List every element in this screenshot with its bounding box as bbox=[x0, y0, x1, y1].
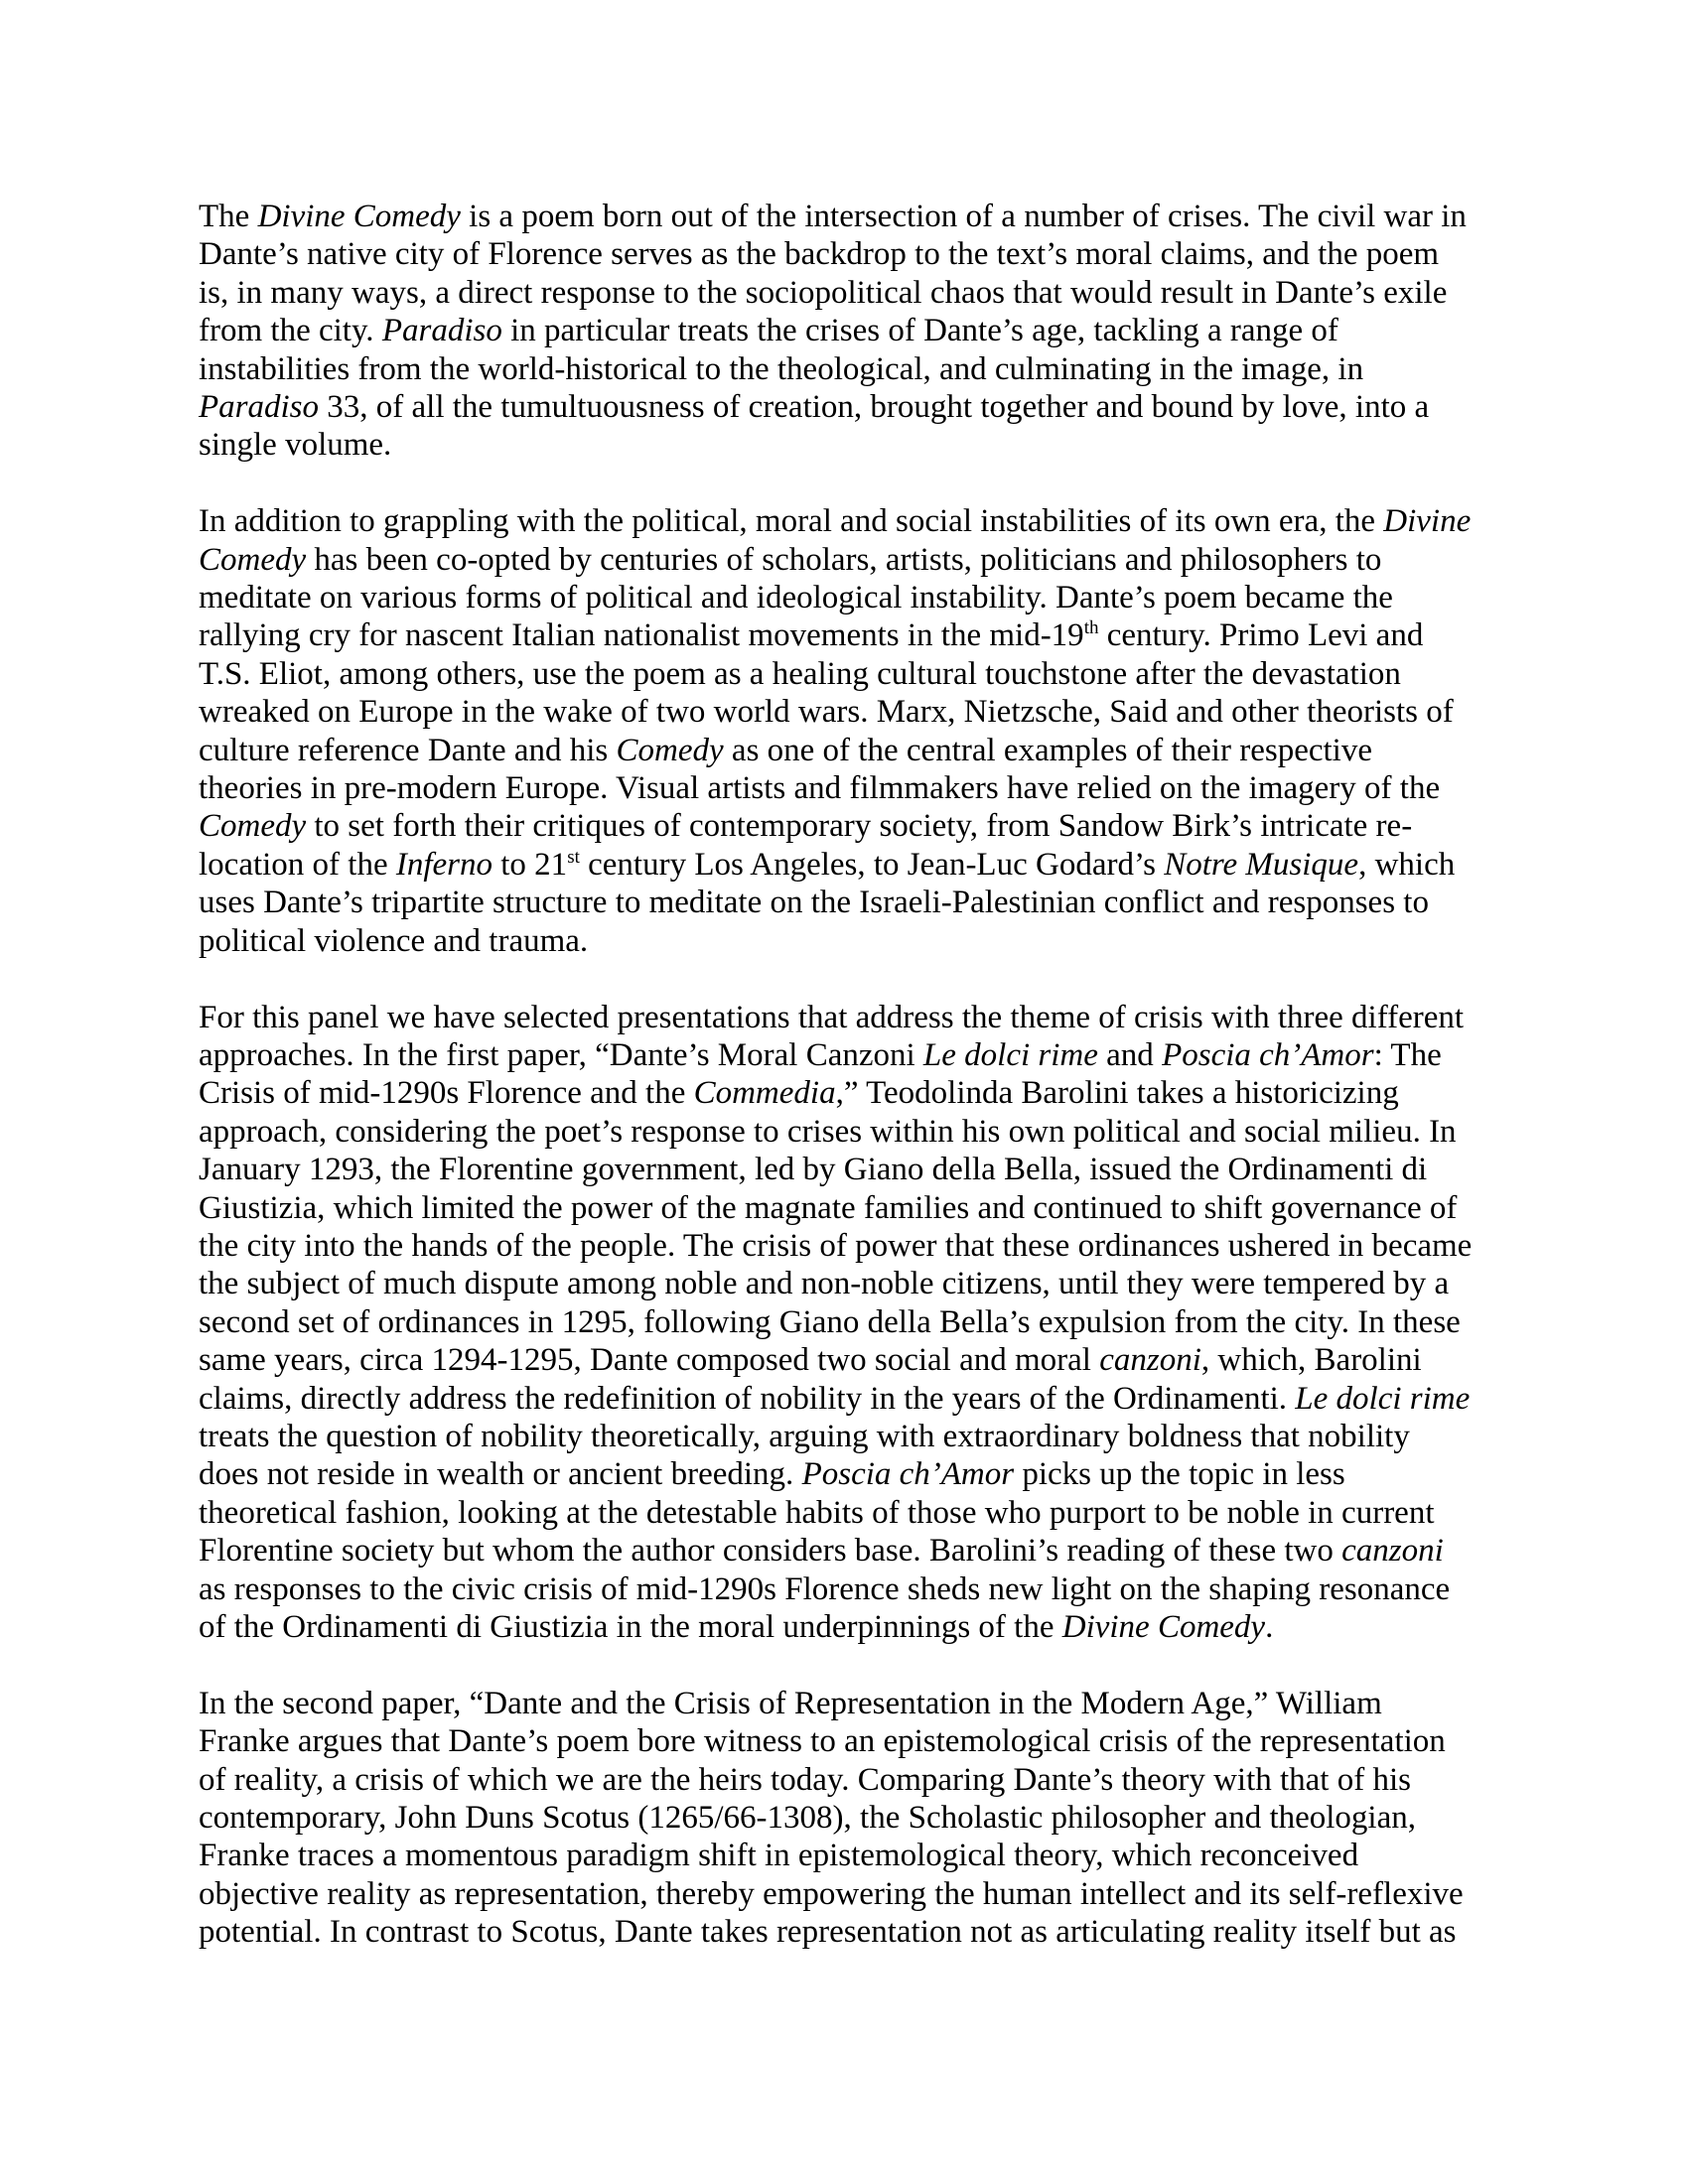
text-segment: meditate on various forms of political a… bbox=[199, 580, 1393, 615]
text-segment: to 21 bbox=[492, 847, 567, 883]
text-segment: Crisis of mid-1290s Florence and the bbox=[199, 1075, 694, 1111]
text-line: culture reference Dante and his Comedy a… bbox=[199, 732, 1509, 769]
text-segment: in particular treats the crises of Dante… bbox=[502, 313, 1338, 348]
text-segment: to set forth their critiques of contempo… bbox=[306, 808, 1412, 844]
italic-text: Notre Musique bbox=[1164, 847, 1358, 883]
text-segment: has been co-opted by centuries of schola… bbox=[306, 542, 1381, 578]
italic-text: Paradiso bbox=[199, 389, 319, 425]
italic-text: Le dolci rime bbox=[923, 1037, 1098, 1073]
superscript: th bbox=[1084, 617, 1099, 638]
text-line: the city into the hands of the people. T… bbox=[199, 1227, 1509, 1265]
text-segment: contemporary, John Duns Scotus (1265/66-… bbox=[199, 1800, 1416, 1836]
text-segment: . bbox=[1265, 1609, 1273, 1645]
text-line: Crisis of mid-1290s Florence and the Com… bbox=[199, 1074, 1509, 1112]
text-segment: of the Ordinamenti di Giustizia in the m… bbox=[199, 1609, 1062, 1645]
text-segment: rallying cry for nascent Italian nationa… bbox=[199, 617, 1084, 653]
paragraph-4: In the second paper, “Dante and the Cris… bbox=[199, 1685, 1509, 1952]
italic-text: Comedy bbox=[199, 808, 306, 844]
text-segment: does not reside in wealth or ancient bre… bbox=[199, 1456, 802, 1492]
italic-text: Commedia bbox=[694, 1075, 836, 1111]
text-line: In addition to grappling with the politi… bbox=[199, 502, 1509, 540]
document-page: The Divine Comedy is a poem born out of … bbox=[199, 198, 1509, 1989]
italic-text: Divine Comedy bbox=[258, 199, 461, 234]
italic-text: Divine Comedy bbox=[1062, 1609, 1265, 1645]
text-segment: is a poem born out of the intersection o… bbox=[461, 199, 1467, 234]
text-line: Giustizia, which limited the power of th… bbox=[199, 1189, 1509, 1227]
italic-text: Comedy bbox=[617, 733, 724, 768]
text-segment: picks up the topic in less bbox=[1014, 1456, 1345, 1492]
text-line: In the second paper, “Dante and the Cris… bbox=[199, 1685, 1509, 1722]
text-segment: ,” Teodolinda Barolini takes a historici… bbox=[836, 1075, 1399, 1111]
paragraph-2: In addition to grappling with the politi… bbox=[199, 502, 1509, 960]
italic-text: Poscia ch’Amor bbox=[1162, 1037, 1374, 1073]
text-segment: uses Dante’s tripartite structure to med… bbox=[199, 885, 1429, 920]
text-segment: of reality, a crisis of which we are the… bbox=[199, 1762, 1411, 1798]
text-segment: as responses to the civic crisis of mid-… bbox=[199, 1571, 1450, 1607]
text-line: January 1293, the Florentine government,… bbox=[199, 1151, 1509, 1188]
text-segment: Franke argues that Dante’s poem bore wit… bbox=[199, 1723, 1446, 1759]
italic-text: Poscia ch’Amor bbox=[802, 1456, 1015, 1492]
text-segment: century Los Angeles, to Jean-Luc Godard’… bbox=[580, 847, 1164, 883]
italic-text: Comedy bbox=[199, 542, 306, 578]
text-line: objective reality as representation, the… bbox=[199, 1875, 1509, 1913]
text-line: approach, considering the poet’s respons… bbox=[199, 1113, 1509, 1151]
text-segment: political violence and trauma. bbox=[199, 923, 588, 959]
text-line: does not reside in wealth or ancient bre… bbox=[199, 1455, 1509, 1493]
text-segment: In addition to grappling with the politi… bbox=[199, 503, 1383, 539]
paragraph-3: For this panel we have selected presenta… bbox=[199, 999, 1509, 1647]
text-segment: treats the question of nobility theoreti… bbox=[199, 1419, 1410, 1454]
text-segment: In the second paper, “Dante and the Cris… bbox=[199, 1686, 1382, 1721]
text-line: Florentine society but whom the author c… bbox=[199, 1532, 1509, 1570]
text-segment: second set of ordinances in 1295, follow… bbox=[199, 1304, 1461, 1340]
italic-text: Le dolci rime bbox=[1295, 1381, 1470, 1417]
superscript: st bbox=[567, 847, 580, 868]
text-line: Paradiso 33, of all the tumultuousness o… bbox=[199, 388, 1509, 426]
text-segment: same years, circa 1294-1295, Dante compo… bbox=[199, 1342, 1099, 1378]
text-segment: 33, of all the tumultuousness of creatio… bbox=[319, 389, 1429, 425]
text-line: Comedy has been co-opted by centuries of… bbox=[199, 541, 1509, 579]
text-segment: Florentine society but whom the author c… bbox=[199, 1533, 1341, 1569]
text-segment: century. Primo Levi and bbox=[1098, 617, 1423, 653]
text-segment: Dante’s native city of Florence serves a… bbox=[199, 236, 1439, 272]
text-segment: theoretical fashion, looking at the dete… bbox=[199, 1495, 1435, 1531]
text-line: contemporary, John Duns Scotus (1265/66-… bbox=[199, 1799, 1509, 1837]
italic-text: canzoni bbox=[1099, 1342, 1201, 1378]
text-segment: as one of the central examples of their … bbox=[724, 733, 1372, 768]
text-line: uses Dante’s tripartite structure to med… bbox=[199, 884, 1509, 921]
text-segment: The bbox=[199, 199, 258, 234]
text-line: potential. In contrast to Scotus, Dante … bbox=[199, 1913, 1509, 1951]
text-line: of reality, a crisis of which we are the… bbox=[199, 1761, 1509, 1799]
text-line: approaches. In the first paper, “Dante’s… bbox=[199, 1036, 1509, 1074]
text-line: is, in many ways, a direct response to t… bbox=[199, 274, 1509, 312]
text-line: the subject of much dispute among noble … bbox=[199, 1265, 1509, 1302]
text-line: same years, circa 1294-1295, Dante compo… bbox=[199, 1341, 1509, 1379]
italic-text: Paradiso bbox=[382, 313, 502, 348]
text-segment: objective reality as representation, the… bbox=[199, 1876, 1464, 1912]
text-segment: approaches. In the first paper, “Dante’s… bbox=[199, 1037, 923, 1073]
text-segment: and bbox=[1098, 1037, 1162, 1073]
text-line: Dante’s native city of Florence serves a… bbox=[199, 235, 1509, 273]
text-line: political violence and trauma. bbox=[199, 922, 1509, 960]
text-segment: single volume. bbox=[199, 427, 391, 463]
text-segment: culture reference Dante and his bbox=[199, 733, 617, 768]
text-line: from the city. Paradiso in particular tr… bbox=[199, 312, 1509, 349]
text-segment: instabilities from the world-historical … bbox=[199, 351, 1363, 387]
italic-text: Inferno bbox=[396, 847, 492, 883]
text-segment: Franke traces a momentous paradigm shift… bbox=[199, 1838, 1358, 1873]
text-segment: from the city. bbox=[199, 313, 382, 348]
text-line: Franke traces a momentous paradigm shift… bbox=[199, 1837, 1509, 1874]
text-line: wreaked on Europe in the wake of two wor… bbox=[199, 693, 1509, 731]
text-line: second set of ordinances in 1295, follow… bbox=[199, 1303, 1509, 1341]
text-segment: , which bbox=[1358, 847, 1455, 883]
text-segment: potential. In contrast to Scotus, Dante … bbox=[199, 1914, 1456, 1950]
text-segment: is, in many ways, a direct response to t… bbox=[199, 275, 1447, 311]
text-line: For this panel we have selected presenta… bbox=[199, 999, 1509, 1036]
text-segment: claims, directly address the redefinitio… bbox=[199, 1381, 1295, 1417]
text-line: meditate on various forms of political a… bbox=[199, 579, 1509, 616]
text-segment: location of the bbox=[199, 847, 396, 883]
text-segment: theories in pre-modern Europe. Visual ar… bbox=[199, 770, 1440, 806]
text-line: Comedy to set forth their critiques of c… bbox=[199, 807, 1509, 845]
text-segment: the city into the hands of the people. T… bbox=[199, 1228, 1472, 1264]
text-line: single volume. bbox=[199, 426, 1509, 464]
italic-text: Divine bbox=[1383, 503, 1471, 539]
text-line: The Divine Comedy is a poem born out of … bbox=[199, 198, 1509, 235]
text-segment: : The bbox=[1374, 1037, 1442, 1073]
paragraph-1: The Divine Comedy is a poem born out of … bbox=[199, 198, 1509, 465]
text-line: T.S. Eliot, among others, use the poem a… bbox=[199, 655, 1509, 693]
text-line: location of the Inferno to 21st century … bbox=[199, 846, 1509, 884]
text-line: claims, directly address the redefinitio… bbox=[199, 1380, 1509, 1418]
text-line: rallying cry for nascent Italian nationa… bbox=[199, 616, 1509, 654]
text-segment: Giustizia, which limited the power of th… bbox=[199, 1190, 1457, 1226]
text-line: treats the question of nobility theoreti… bbox=[199, 1418, 1509, 1455]
italic-text: canzoni bbox=[1341, 1533, 1444, 1569]
text-segment: For this panel we have selected presenta… bbox=[199, 1000, 1464, 1035]
text-line: Franke argues that Dante’s poem bore wit… bbox=[199, 1722, 1509, 1760]
text-line: theoretical fashion, looking at the dete… bbox=[199, 1494, 1509, 1532]
text-segment: approach, considering the poet’s respons… bbox=[199, 1114, 1457, 1150]
text-line: theories in pre-modern Europe. Visual ar… bbox=[199, 769, 1509, 807]
text-segment: the subject of much dispute among noble … bbox=[199, 1266, 1449, 1301]
text-line: instabilities from the world-historical … bbox=[199, 350, 1509, 388]
text-segment: January 1293, the Florentine government,… bbox=[199, 1152, 1427, 1187]
text-line: as responses to the civic crisis of mid-… bbox=[199, 1570, 1509, 1608]
text-segment: T.S. Eliot, among others, use the poem a… bbox=[199, 656, 1401, 692]
text-segment: wreaked on Europe in the wake of two wor… bbox=[199, 694, 1454, 730]
text-line: of the Ordinamenti di Giustizia in the m… bbox=[199, 1608, 1509, 1646]
text-segment: , which, Barolini bbox=[1201, 1342, 1422, 1378]
